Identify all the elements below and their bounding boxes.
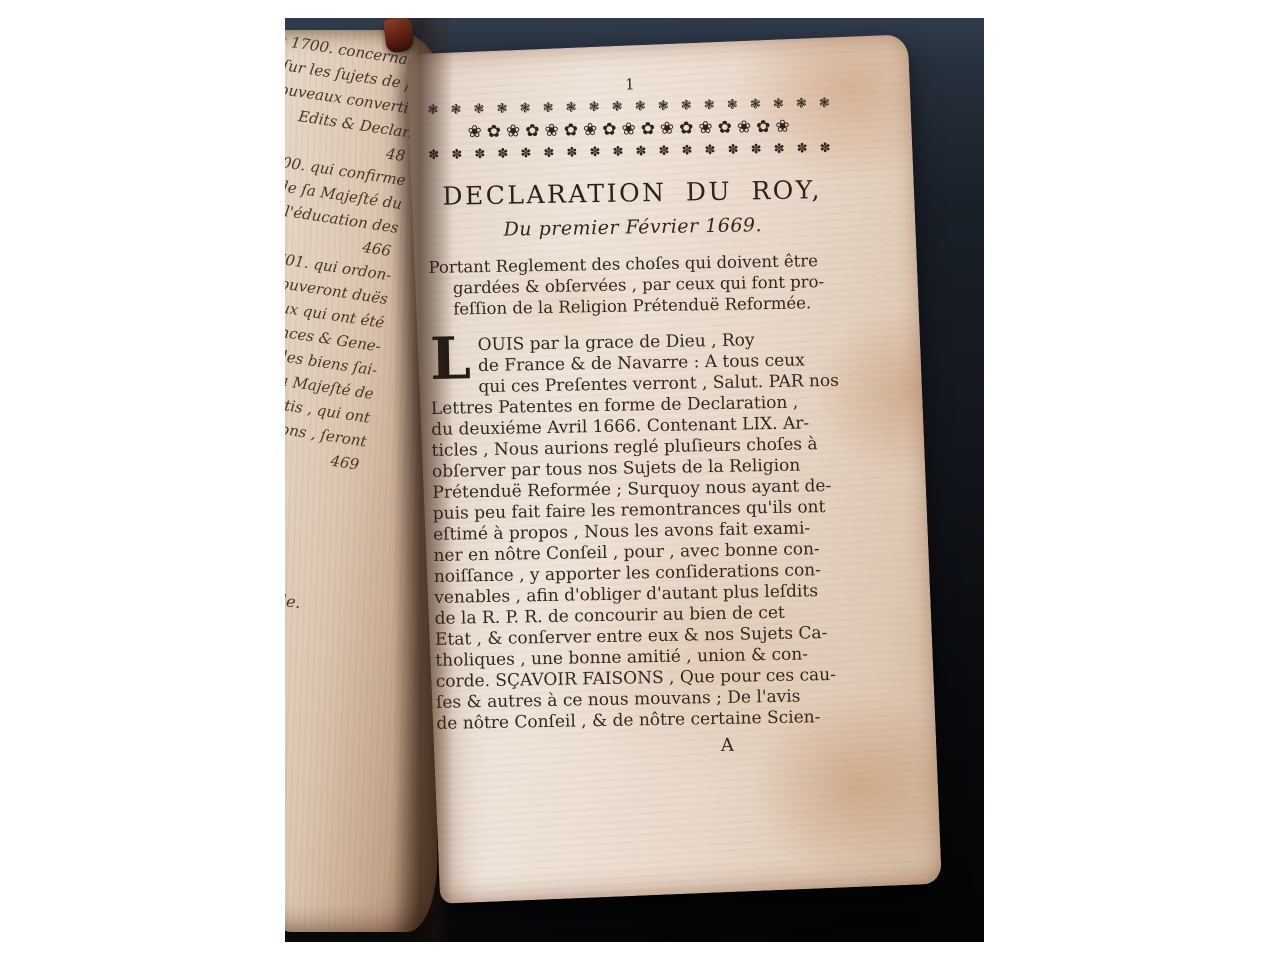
page-content: 1 ❃ ❃ ❃ ❃ ❃ ❃ ❃ ❃ ❃ ❃ ❃ ❃ ❃ ❃ ❃ ❃ ❃ ❃ ❀✿… — [425, 72, 847, 761]
body-text: L OUIS par la grace de Dieu , Royde Fran… — [430, 329, 847, 735]
book-photo: llet 1700. concernantſur les ſujets de ſ… — [285, 18, 984, 942]
body-lines: OUIS par la grace de Dieu , Royde France… — [430, 329, 847, 735]
toc-fragments: llet 1700. concernantſur les ſujets de ſ… — [285, 20, 425, 477]
binding-headband — [383, 18, 414, 53]
photo-canvas: llet 1700. concernantſur les ſujets de ſ… — [0, 0, 1280, 960]
ornament-band: ❃ ❃ ❃ ❃ ❃ ❃ ❃ ❃ ❃ ❃ ❃ ❃ ❃ ❃ ❃ ❃ ❃ ❃ ❀✿❀✿… — [426, 94, 837, 166]
signature-letter: A — [437, 733, 847, 761]
right-page: 1 ❃ ❃ ❃ ❃ ❃ ❃ ❃ ❃ ❃ ❃ ❃ ❃ ❃ ❃ ❃ ❃ ❃ ❃ ❀✿… — [406, 34, 942, 903]
drop-cap: L — [430, 335, 479, 380]
page-number: 1 — [425, 72, 835, 97]
toc-bottom-fragment: le. — [285, 591, 302, 612]
declaration-title: DECLARATION DU ROY, — [427, 175, 837, 211]
declaration-date: Du premier Février 1669. — [428, 213, 838, 242]
argument-paragraph: Portant Reglement des choſes qui doivent… — [428, 250, 839, 320]
